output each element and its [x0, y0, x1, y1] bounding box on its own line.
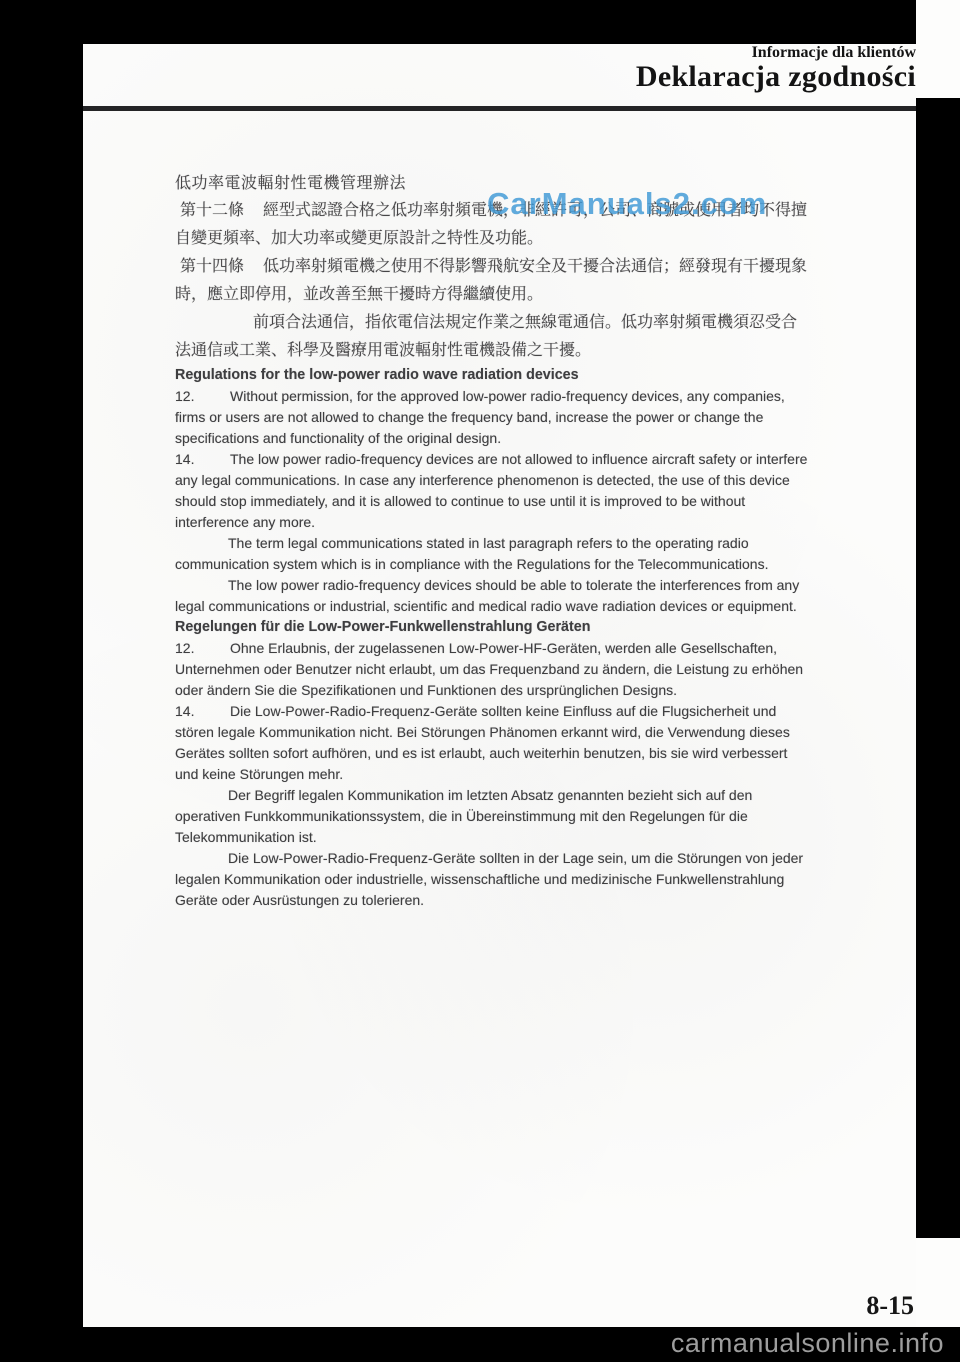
header-rule	[83, 106, 916, 111]
german-paragraph: 12.Ohne Erlaubnis, der zugelassenen Low-…	[175, 638, 808, 701]
paragraph-label: 14.	[175, 449, 230, 470]
english-paragraph: The term legal communications stated in …	[175, 533, 808, 575]
paragraph-label: 12.	[175, 638, 230, 659]
chinese-paragraph: 前項合法通信，指依電信法規定作業之無線電通信。低功率射頻電機須忍受合法通信或工業…	[175, 309, 808, 365]
carmanuals2-watermark: CarManuals2.com	[487, 186, 767, 222]
german-paragraph: Der Begriff legalen Kommunikation im let…	[175, 785, 808, 848]
paragraph-label: 第十二條	[180, 197, 263, 225]
paragraph-text: Der Begriff legalen Kommunikation im let…	[175, 787, 752, 845]
document-content: 低功率電波輻射性電機管理辦法 第十二條經型式認證合格之低功率射頻電機，非經許可，…	[175, 170, 808, 911]
german-paragraph: Die Low-Power-Radio-Frequenz-Geräte soll…	[175, 848, 808, 911]
paragraph-text: The term legal communications stated in …	[175, 535, 768, 572]
english-paragraph: 14.The low power radio-frequency devices…	[175, 449, 808, 533]
paragraph-label: 12.	[175, 386, 230, 407]
english-paragraph: The low power radio-frequency devices sh…	[175, 575, 808, 617]
paragraph-text: 低功率射頻電機之使用不得影響飛航安全及干擾合法通信；經發現有干擾現象時，應立即停…	[175, 258, 807, 303]
chinese-paragraph: 第十四條低功率射頻電機之使用不得影響飛航安全及干擾合法通信；經發現有干擾現象時，…	[175, 253, 808, 309]
german-paragraph: 14.Die Low-Power-Radio-Frequenz-Geräte s…	[175, 701, 808, 785]
paragraph-label: 第十四條	[180, 253, 263, 281]
english-section-heading: Regulations for the low-power radio wave…	[175, 365, 808, 386]
german-section-heading: Regelungen für die Low-Power-Funkwellens…	[175, 617, 808, 638]
paragraph-text: The low power radio-frequency devices sh…	[175, 577, 799, 614]
paragraph-text: 前項合法通信，指依電信法規定作業之無線電通信。低功率射頻電機須忍受合法通信或工業…	[175, 314, 797, 359]
page-title: Deklaracja zgodności	[636, 60, 916, 94]
paragraph-text: Ohne Erlaubnis, der zugelassenen Low-Pow…	[175, 640, 803, 698]
paragraph-text: Die Low-Power-Radio-Frequenz-Geräte soll…	[175, 703, 790, 782]
page-top-right-margin	[916, 0, 960, 98]
paragraph-text: The low power radio-frequency devices ar…	[175, 451, 807, 530]
english-paragraph: 12.Without permission, for the approved …	[175, 386, 808, 449]
page-number: 8-15	[866, 1291, 914, 1321]
paragraph-text: Without permission, for the approved low…	[175, 388, 785, 446]
paragraph-text: Die Low-Power-Radio-Frequenz-Geräte soll…	[175, 850, 803, 908]
paragraph-label: 14.	[175, 701, 230, 722]
manual-scan-page: { "header": { "kicker": "Informacje dla …	[0, 0, 960, 1362]
carmanualsonline-watermark: carmanualsonline.info	[671, 1328, 944, 1359]
page-bottom-right-margin	[916, 1238, 960, 1327]
